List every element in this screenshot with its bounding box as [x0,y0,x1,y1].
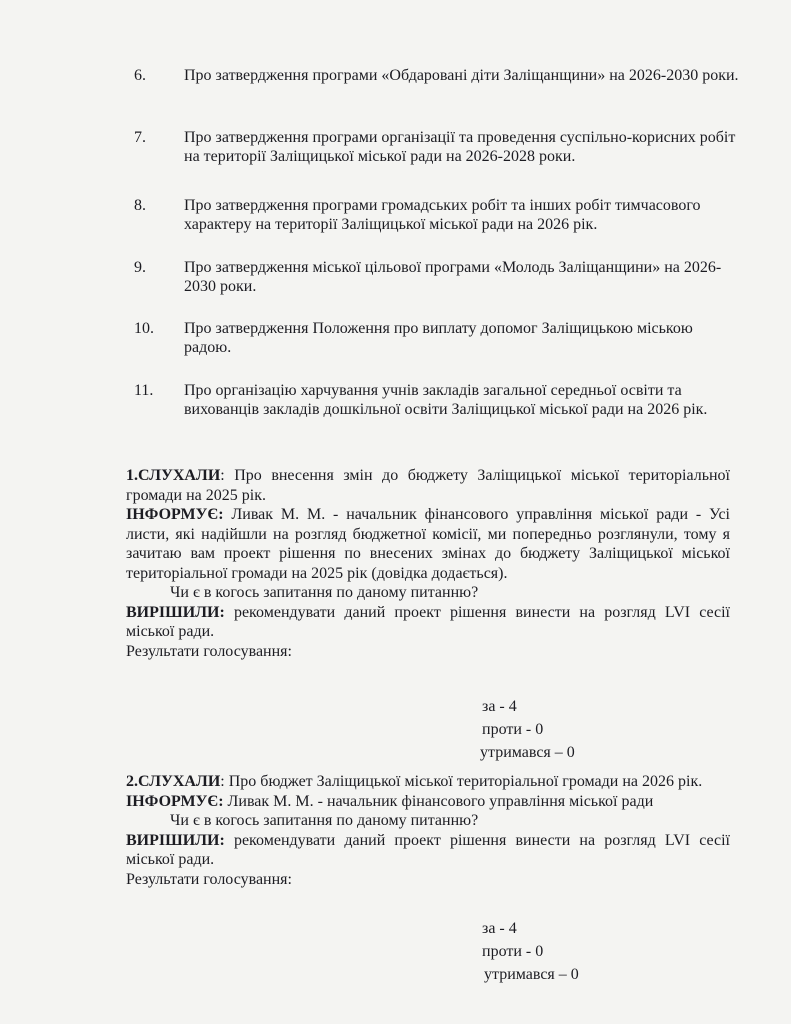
agenda-item-number: 10. [134,319,174,338]
decided-paragraph: ВИРІШИЛИ: рекомендувати даний проект ріш… [126,831,730,870]
vote-for: за - 4 [480,917,579,940]
agenda-item-number: 8. [134,196,174,215]
vote-results-1: за - 4 проти - 0 утримався – 0 [480,695,575,764]
agenda-item-text: Про затвердження програми «Обдаровані ді… [184,66,744,85]
vote-abstained: утримався – 0 [480,963,579,986]
agenda-item-number: 11. [134,381,174,400]
vote-abstained: утримався – 0 [480,741,575,764]
results-label: Результати голосування: [126,642,730,662]
vote-against: проти - 0 [480,718,575,741]
vote-results-2: за - 4 проти - 0 утримався – 0 [480,917,579,986]
vote-for: за - 4 [480,695,575,718]
agenda-item-text: Про затвердження програми громадських ро… [184,196,744,234]
informs-paragraph: ІНФОРМУЄ: Ливак М. М. - начальник фінанс… [126,792,730,812]
agenda-item-number: 9. [134,258,174,277]
vote-against: проти - 0 [480,940,579,963]
results-label: Результати голосування: [126,870,730,890]
informs-label: ІНФОРМУЄ: [126,793,224,810]
agenda-item-number: 6. [134,66,174,85]
decided-paragraph: ВИРІШИЛИ: рекомендувати даний проект ріш… [126,603,730,642]
document-page: 6. Про затвердження програми «Обдаровані… [0,0,791,1024]
agenda-item-number: 7. [134,128,174,147]
agenda-item-text: Про затвердження Положення про виплату д… [184,319,744,357]
heard-label: 2.СЛУХАЛИ [126,773,220,790]
informs-text: Ливак М. М. - начальник фінансового упра… [224,793,654,810]
agenda-item-text: Про затвердження міської цільової програ… [184,258,744,296]
section-1: 1.СЛУХАЛИ: Про внесення змін до бюджету … [126,466,730,661]
question-line: Чи є в когось запитання по даному питанн… [126,583,730,603]
informs-label: ІНФОРМУЄ: [126,506,224,523]
heard-label: 1.СЛУХАЛИ [126,467,220,484]
section-2: 2.СЛУХАЛИ: Про бюджет Заліщицької місько… [126,772,730,889]
agenda-item-text: Про організацію харчування учнів закладі… [184,381,744,419]
informs-paragraph: ІНФОРМУЄ: Ливак М. М. - начальник фінанс… [126,505,730,583]
heard-paragraph: 2.СЛУХАЛИ: Про бюджет Заліщицької місько… [126,772,730,792]
question-line: Чи є в когось запитання по даному питанн… [126,811,730,831]
heard-paragraph: 1.СЛУХАЛИ: Про внесення змін до бюджету … [126,466,730,505]
heard-text: : Про бюджет Заліщицької міської територ… [220,773,702,790]
agenda-item-text: Про затвердження програми організації та… [184,128,744,166]
decided-label: ВИРІШИЛИ: [126,832,225,849]
decided-label: ВИРІШИЛИ: [126,604,225,621]
